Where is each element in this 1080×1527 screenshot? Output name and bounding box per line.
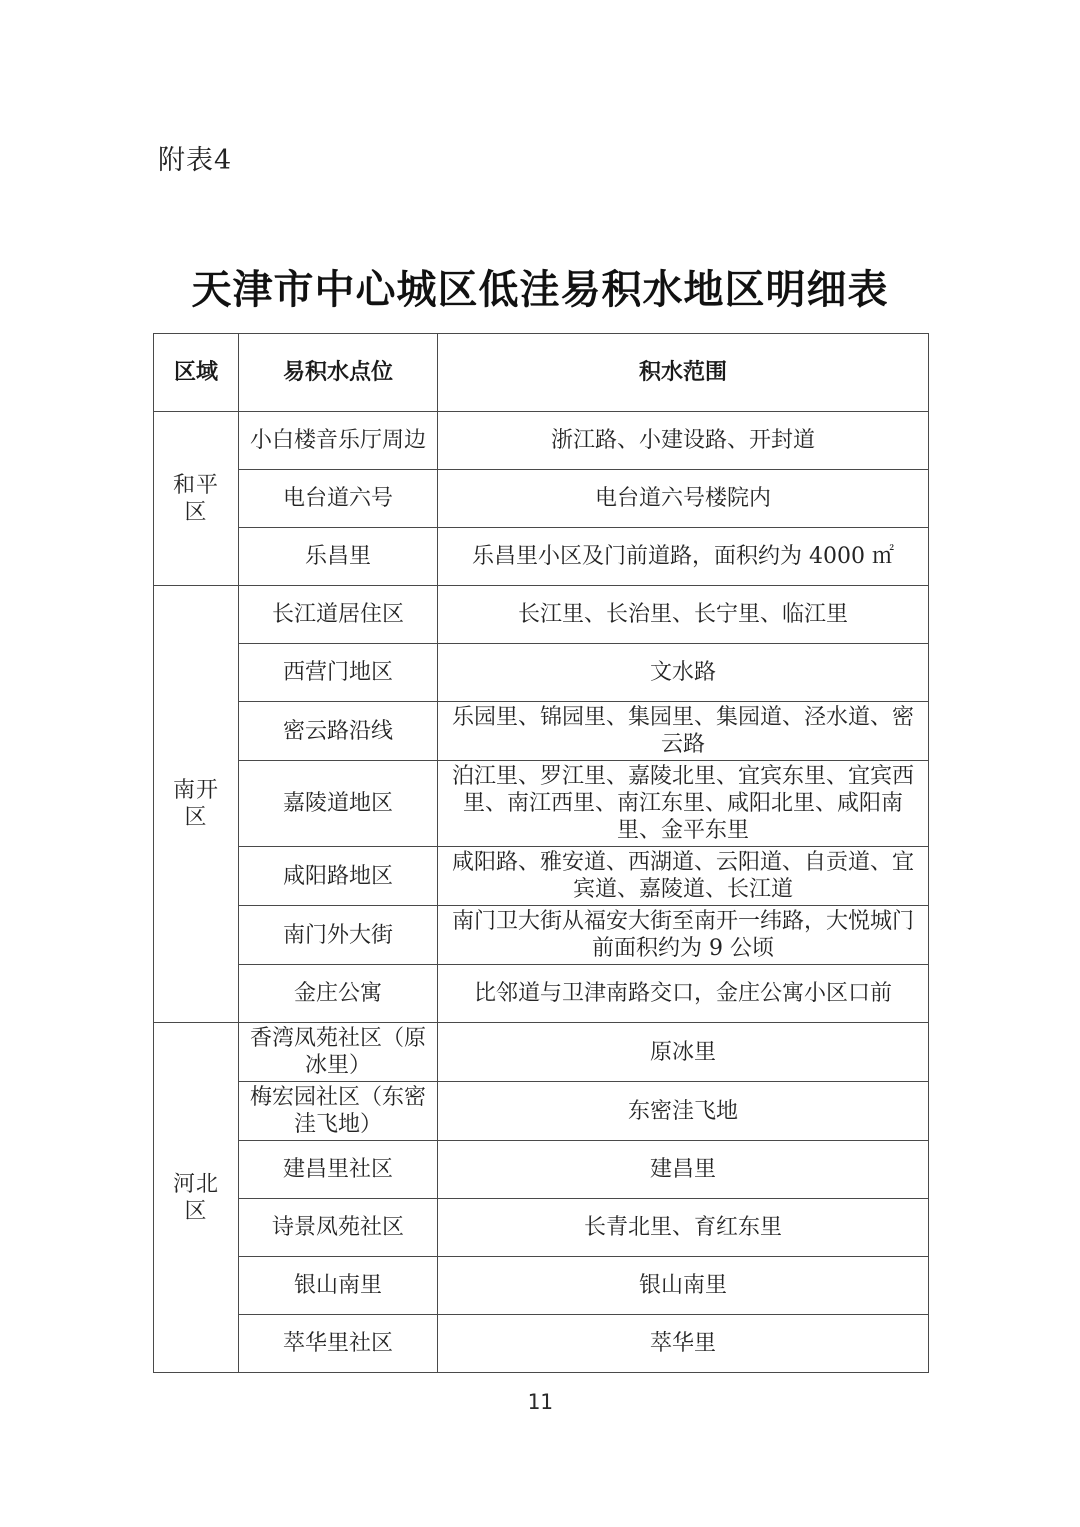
scope-cell: 银山南里: [438, 1257, 929, 1315]
point-cell: 香湾凤苑社区（原冰里）: [239, 1023, 438, 1082]
scope-cell: 南门卫大街从福安大街至南开一纬路，大悦城门前面积约为 9 公顷: [438, 906, 929, 965]
point-cell: 萃华里社区: [239, 1315, 438, 1373]
flood-table: 区域 易积水点位 积水范围 和平区小白楼音乐厅周边浙江路、小建设路、开封道电台道…: [153, 333, 929, 1373]
scope-cell: 萃华里: [438, 1315, 929, 1373]
table-row: 西营门地区文水路: [154, 644, 929, 702]
table-row: 和平区小白楼音乐厅周边浙江路、小建设路、开封道: [154, 412, 929, 470]
scope-cell: 建昌里: [438, 1141, 929, 1199]
scope-cell: 咸阳路、雅安道、西湖道、云阳道、自贡道、宜宾道、嘉陵道、长江道: [438, 847, 929, 906]
region-cell: 南开区: [154, 586, 239, 1023]
point-cell: 南门外大街: [239, 906, 438, 965]
scope-cell: 长青北里、育红东里: [438, 1199, 929, 1257]
page-title: 天津市中心城区低洼易积水地区明细表: [0, 258, 1080, 315]
scope-cell: 电台道六号楼院内: [438, 470, 929, 528]
scope-cell: 长江里、长治里、长宁里、临江里: [438, 586, 929, 644]
page-number: 11: [0, 1390, 1080, 1414]
point-cell: 金庄公寓: [239, 965, 438, 1023]
appendix-label: 附表4: [158, 138, 232, 177]
point-cell: 电台道六号: [239, 470, 438, 528]
point-cell: 长江道居住区: [239, 586, 438, 644]
table-row: 金庄公寓比邻道与卫津南路交口，金庄公寓小区口前: [154, 965, 929, 1023]
table-row: 诗景凤苑社区长青北里、育红东里: [154, 1199, 929, 1257]
point-cell: 嘉陵道地区: [239, 761, 438, 847]
column-header-scope: 积水范围: [438, 334, 929, 412]
region-cell: 和平区: [154, 412, 239, 586]
scope-cell: 浙江路、小建设路、开封道: [438, 412, 929, 470]
table-row: 河北区香湾凤苑社区（原冰里）原冰里: [154, 1023, 929, 1082]
point-cell: 西营门地区: [239, 644, 438, 702]
column-header-point: 易积水点位: [239, 334, 438, 412]
scope-cell: 比邻道与卫津南路交口，金庄公寓小区口前: [438, 965, 929, 1023]
point-cell: 小白楼音乐厅周边: [239, 412, 438, 470]
scope-cell: 乐昌里小区及门前道路，面积约为 4000 ㎡: [438, 528, 929, 586]
table-row: 建昌里社区建昌里: [154, 1141, 929, 1199]
table-row: 乐昌里乐昌里小区及门前道路，面积约为 4000 ㎡: [154, 528, 929, 586]
scope-cell: 泊江里、罗江里、嘉陵北里、宜宾东里、宜宾西里、南江西里、南江东里、咸阳北里、咸阳…: [438, 761, 929, 847]
table-row: 梅宏园社区（东密洼飞地）东密洼飞地: [154, 1082, 929, 1141]
point-cell: 密云路沿线: [239, 702, 438, 761]
point-cell: 建昌里社区: [239, 1141, 438, 1199]
point-cell: 梅宏园社区（东密洼飞地）: [239, 1082, 438, 1141]
table-row: 电台道六号电台道六号楼院内: [154, 470, 929, 528]
table-header: 区域 易积水点位 积水范围: [154, 334, 929, 412]
table-header-row: 区域 易积水点位 积水范围: [154, 334, 929, 412]
table-row: 嘉陵道地区泊江里、罗江里、嘉陵北里、宜宾东里、宜宾西里、南江西里、南江东里、咸阳…: [154, 761, 929, 847]
table-row: 南开区长江道居住区长江里、长治里、长宁里、临江里: [154, 586, 929, 644]
scope-cell: 乐园里、锦园里、集园里、集园道、泾水道、密云路: [438, 702, 929, 761]
point-cell: 诗景凤苑社区: [239, 1199, 438, 1257]
table-body: 和平区小白楼音乐厅周边浙江路、小建设路、开封道电台道六号电台道六号楼院内乐昌里乐…: [154, 412, 929, 1373]
table-row: 咸阳路地区咸阳路、雅安道、西湖道、云阳道、自贡道、宜宾道、嘉陵道、长江道: [154, 847, 929, 906]
table-row: 萃华里社区萃华里: [154, 1315, 929, 1373]
column-header-region: 区域: [154, 334, 239, 412]
point-cell: 银山南里: [239, 1257, 438, 1315]
region-cell: 河北区: [154, 1023, 239, 1373]
table-row: 银山南里银山南里: [154, 1257, 929, 1315]
point-cell: 乐昌里: [239, 528, 438, 586]
table-row: 南门外大街南门卫大街从福安大街至南开一纬路，大悦城门前面积约为 9 公顷: [154, 906, 929, 965]
scope-cell: 文水路: [438, 644, 929, 702]
scope-cell: 东密洼飞地: [438, 1082, 929, 1141]
table-row: 密云路沿线乐园里、锦园里、集园里、集园道、泾水道、密云路: [154, 702, 929, 761]
point-cell: 咸阳路地区: [239, 847, 438, 906]
scope-cell: 原冰里: [438, 1023, 929, 1082]
